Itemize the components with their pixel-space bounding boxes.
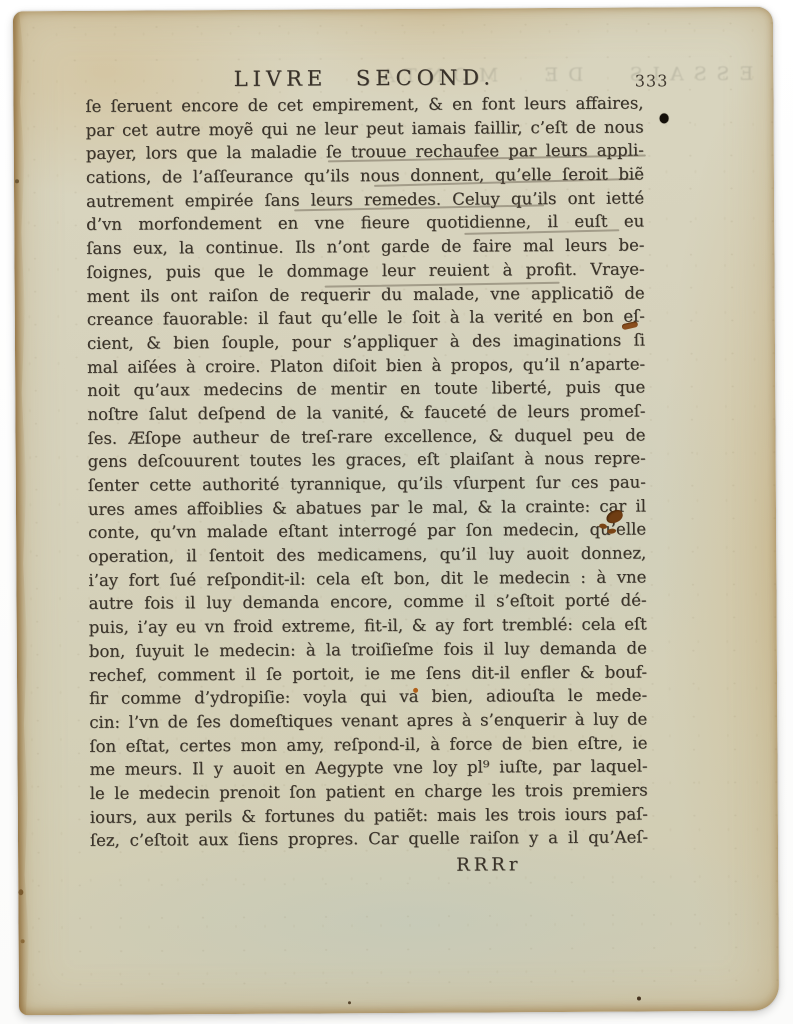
speck-mark — [348, 1001, 351, 1004]
running-title: LIVRE SECOND. — [85, 64, 643, 91]
text-line: d’vn morfondement en vne fieure quotidie… — [86, 210, 644, 237]
text-line: ſoignes, puis que le dommage leur reuien… — [86, 257, 644, 284]
text-line: mal aiſées à croire. Platon diſoit bien … — [87, 352, 645, 379]
text-line: cations, de l’aſſeurance qu’ils nous don… — [86, 163, 644, 190]
text-line: cient, & bien ſouple, pour s’appliquer à… — [87, 328, 645, 355]
text-line: ſon eſtat, certes mon amy, reſpond-il, à… — [89, 731, 647, 758]
text-line: payer, lors que la maladie ſe trouue rec… — [86, 139, 644, 166]
text-line: par cet autre moyẽ qui ne leur peut iama… — [86, 115, 644, 142]
text-line: creance fauorable: il faut qu’elle le ſo… — [87, 305, 645, 332]
rust-speck-mark — [413, 688, 418, 693]
text-line: me meurs. Il y auoit en Aegypte vne loy … — [90, 755, 648, 782]
ink-dot-mark — [660, 113, 669, 123]
speck-mark — [637, 997, 641, 1001]
text-line: cin: l’vn de ſes domeſtiques venant apre… — [89, 707, 647, 734]
text-line: rechef, comment il ſe portoit, ie me ſen… — [89, 660, 647, 687]
text-line: gens deſcouurent toutes les graces, eſt … — [88, 447, 646, 474]
text-line: ſe ſeruent encore de cet empirement, & e… — [85, 91, 643, 118]
scanned-book-page: ESSAIS DE MONTA. LIVRE SECOND. 333 ſe ſe… — [0, 0, 793, 1024]
text-line: ſenter cette authorité tyrannique, qu’il… — [88, 470, 646, 497]
text-line: iours, aux perils & fortunes du patiẽt: … — [90, 802, 648, 829]
edge-speck-mark — [15, 179, 19, 183]
text-line: operation, il ſentoit des medicamens, qu… — [88, 542, 646, 569]
text-line: noit qu’aux medecins de mentir en toute … — [87, 376, 645, 403]
deckle-left-edge — [13, 11, 30, 1015]
text-line: conte, qu’vn malade eſtant interrogé par… — [88, 518, 646, 545]
text-line: ures ames affoiblies & abatues par le ma… — [88, 494, 646, 521]
text-line: fir comme d’ydropiſie: voyla qui va bien… — [89, 684, 647, 711]
text-line: ſez, c’eſtoit aux ſiens propres. Car que… — [90, 826, 648, 853]
text-line: noſtre ſalut deſpend de la vanité, & fau… — [87, 399, 645, 426]
text-line: ſans eux, la continue. Ils n’ont garde d… — [86, 234, 644, 261]
book-page-paper: ESSAIS DE MONTA. LIVRE SECOND. 333 ſe ſe… — [13, 7, 779, 1016]
text-line: puis, i’ay eu vn froid extreme, fit-il, … — [89, 613, 647, 640]
edge-speck-mark — [18, 889, 23, 895]
page-number: 333 — [635, 71, 669, 90]
text-line: bon, ſuyuit le medecin: à la troiſieſme … — [89, 636, 647, 663]
text-line: le le medecin prenoit ſon patient en cha… — [90, 778, 648, 805]
text-line: i’ay fort ſué reſpondit-il: cela eſt bon… — [88, 565, 646, 592]
text-line: autre fois il luy demanda encore, comme … — [88, 589, 646, 616]
edge-speck-mark — [21, 939, 25, 943]
text-line: ſes. Æſope autheur de treſ-rare excellen… — [87, 423, 645, 450]
body-text: ſe ſeruent encore de cet empirement, & e… — [85, 91, 648, 852]
signature-mark: RRRr — [456, 854, 521, 875]
